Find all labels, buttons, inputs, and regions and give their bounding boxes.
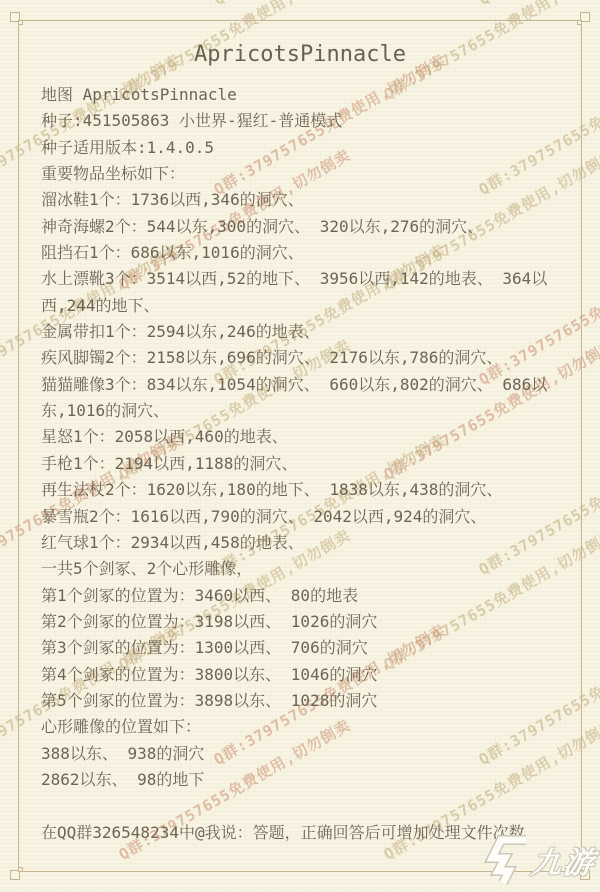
border-corner-ornament [10, 870, 20, 880]
doc-line: 第4个剑冢的位置为：3800以东、 1046的洞穴 [41, 662, 571, 688]
9game-logo: 九游 [484, 834, 596, 886]
doc-line: 手枪1个：2194以西,1188的洞穴、 [41, 451, 571, 477]
doc-line: 第3个剑冢的位置为：1300以西、 706的洞穴 [41, 635, 571, 661]
doc-line: 第5个剑冢的位置为：3898以东、 1028的洞穴 [41, 688, 571, 714]
border-corner-ornament [10, 12, 20, 22]
doc-line: 再生法杖2个：1620以东,180的地下、 1838以东,438的洞穴、 [41, 477, 571, 503]
doc-line: 神奇海螺2个：544以东,300的洞穴、 320以东,276的洞穴、 [41, 214, 571, 240]
guide-page: Q群:379757655免费使用,切勿倒卖Q群:379757655免费使用,切勿… [0, 0, 600, 892]
page-title: ApricotsPinnacle [0, 42, 600, 67]
doc-line: 西,244的地下、 [41, 293, 571, 319]
doc-line: 388以东、 938的洞穴 [41, 741, 571, 767]
doc-line-spacer [41, 793, 571, 819]
watermark-text: Q群:379757655免费使用,切勿倒卖 [210, 0, 449, 10]
doc-line-version: 种子适用版本:1.4.0.5 [41, 135, 571, 161]
doc-line: 红气球1个：2934以西,458的地表、 [41, 530, 571, 556]
doc-line-map: 地图 ApricotsPinnacle [41, 82, 571, 108]
doc-line: 星怒1个：2058以西,460的地表、 [41, 424, 571, 450]
doc-line: 金属带扣1个：2594以东,246的地表、 [41, 319, 571, 345]
doc-line: 2862以东、 98的地下 [41, 767, 571, 793]
doc-line: 猫猫雕像3个：834以东,1054的洞穴、 660以东,802的洞穴、 686以 [41, 372, 571, 398]
doc-line-items-header: 重要物品坐标如下： [41, 161, 571, 187]
watermark-text: Q群:379757655免费使用,切勿倒卖 [475, 0, 600, 10]
9game-g-icon [484, 834, 530, 886]
doc-line: 东,1016的洞穴、 [41, 398, 571, 424]
doc-line-totals: 一共5个剑冢、2个心形雕像， [41, 556, 571, 582]
doc-line: 水上漂靴3个：3514以西,52的地下、 3956以西,142的地表、 364以 [41, 266, 571, 292]
doc-line: 第1个剑冢的位置为：3460以西、 80的地表 [41, 583, 571, 609]
doc-line-seed: 种子:451505863 小世界-猩红-普通模式 [41, 108, 571, 134]
doc-line: 第2个剑冢的位置为：3198以西、 1026的洞穴 [41, 609, 571, 635]
doc-line-hearts-header: 心形雕像的位置如下： [41, 714, 571, 740]
doc-line: 疾风脚镯2个：2158以东,696的洞穴、 2176以东,786的洞穴、 [41, 345, 571, 371]
border-corner-ornament [580, 12, 590, 22]
doc-line: 暴雪瓶2个：1616以西,790的洞穴、 2042以西,924的洞穴、 [41, 504, 571, 530]
doc-line: 阻挡石1个：686以东,1016的洞穴、 [41, 240, 571, 266]
9game-wordmark: 九游 [529, 838, 599, 882]
document-body: 地图 ApricotsPinnacle 种子:451505863 小世界-猩红-… [41, 82, 571, 846]
doc-line: 溜冰鞋1个：1736以西,346的洞穴、 [41, 187, 571, 213]
watermark-text: Q群:379757655免费使用,切勿倒卖 [0, 0, 184, 10]
